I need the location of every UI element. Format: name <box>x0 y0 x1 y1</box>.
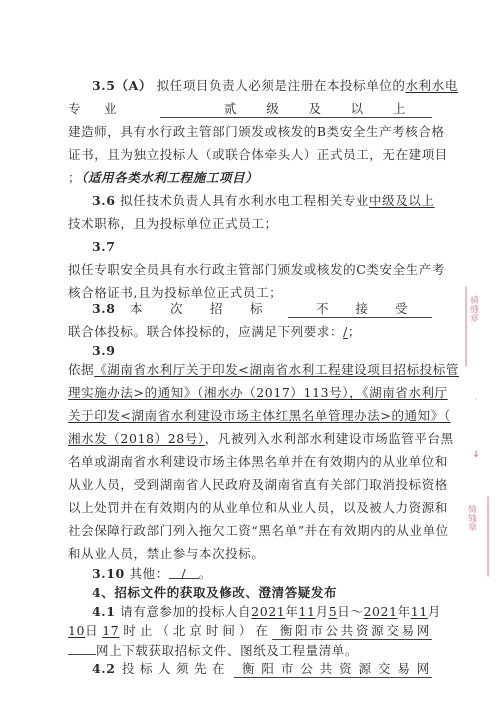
fill-grade: 贰 级 及 以 上 <box>160 101 432 118</box>
section-3-5-line-2: 专 业 贰 级 及 以 上 <box>68 101 432 118</box>
section-4-1-line-3: 网上下载获取招标文件、图纸及工程量清单。 <box>68 642 432 659</box>
section-4-1-line-1: 4.1 请有意参加的投标人自2021年11月5日～2021年11月 <box>68 604 456 620</box>
start-year: 2021 <box>251 604 285 619</box>
section-3-5-line-5: ；（适用各类水利工程施工项目） <box>68 170 432 186</box>
fill-title-level: 中级及以上 <box>369 193 435 208</box>
section-3-5-line-3: 建造师，具有水行政主管部门颁发或核发的B类安全生产考核合格 <box>68 124 432 140</box>
section-3-9-line: 名单或湖南省水利建设市场主体黑名单并在有效期内的从业单位和 <box>68 454 432 470</box>
seam-stamp-dot: ↓ <box>465 450 487 462</box>
section-3-9-number: 3.9 <box>68 343 456 359</box>
section-3-9-line: 社会保障行政部门列入拖欠工资“黑名单”并在有效期内的从业单位 <box>68 523 432 539</box>
fill-other: / <box>169 566 199 579</box>
section-3-8-line-1: 3.8 本 次 招 标 不 接 受 <box>68 301 432 318</box>
section-4-1-line-2: 10日 17 时止（北京时间）在 衡阳市公共资源交易网 <box>68 623 432 640</box>
section-3-10: 3.10 其他：/。 <box>68 566 456 582</box>
end-month: 11 <box>411 604 428 619</box>
seam-stamp-dot: · <box>465 395 487 405</box>
section-3-9-line: 关于印发<湖南省水利建设市场主体红黑名单管理办法>的通知》（ <box>68 408 432 424</box>
fill-specialty: 水利水电 <box>406 78 458 93</box>
start-day: 5 <box>329 604 338 619</box>
section-4-2-line-1: 4.2 投 标 人 须 先 在 衡阳市公共资源交易网 <box>68 661 432 678</box>
scope-note: （适用各类水利工程施工项目） <box>81 170 258 185</box>
section-3-7-number: 3.7 <box>68 239 456 255</box>
fill-consortium: 不 接 受 <box>288 301 432 318</box>
section-3-6-line-2: 技术职称，且为投标单位正式员工； <box>68 216 432 232</box>
section-3-5-line-1: 3.5（A） 拟任项目负责人必须是注册在本投标单位的水利水电 <box>68 78 456 94</box>
end-day: 10 <box>68 623 85 639</box>
section-3-7-line-2: 核合格证书,且为投标单位正式员工； <box>68 285 432 301</box>
end-year: 2021 <box>363 604 397 619</box>
section-4-heading: 4、招标文件的获取及修改、澄清答疑发布 <box>68 585 456 601</box>
start-month: 11 <box>298 604 315 619</box>
section-3-6-line-1: 3.6 拟任技术负责人具有水利水电工程相关专业中级及以上 <box>68 193 456 209</box>
section-3-9-line: 湘水发（2018）28号），凡被列入水利部水利建设市场监管平台黑 <box>68 431 432 447</box>
fill-website: 衡阳市公共资源交易网 <box>234 661 432 678</box>
fill-website: 衡阳市公共资源交易网 <box>272 623 432 640</box>
seam-stamp-fragment: 骑缝章 <box>465 283 489 366</box>
section-3-9-line: 和从业人员，禁止参与本次投标。 <box>68 546 432 562</box>
end-hour: 17 <box>102 623 119 639</box>
section-3-8-line-2: 联合体投标。联合体投标的，应满足下列要求：/； <box>68 324 432 340</box>
seam-stamp-fragment: 骑缝章 <box>465 493 489 576</box>
section-3-5-line-4: 证书，且为独立投标人（或联合体牵头人）正式员工，无在建项目 <box>68 147 432 163</box>
section-3-9-line: 从业人员，受到湖南省人民政府及湖南省直有关部门取消投标资格 <box>68 477 432 493</box>
section-3-9-line: 以上处罚并在有效期内的从业单位和从业人员，以及被人力资源和 <box>68 500 432 516</box>
section-number: 3.5（A） <box>92 78 152 93</box>
section-3-7-line-1: 拟任专职安全员具有水行政主管部门颁发或核发的C类安全生产考 <box>68 262 432 278</box>
section-3-9-line: 理实施办法>的通知》（湘水办（2017）113号），《湖南省水利厅 <box>68 385 432 401</box>
section-3-9-line: 依据《湖南省水利厅关于印发<湖南省水利工程建设项目招标投标管 <box>68 362 432 378</box>
